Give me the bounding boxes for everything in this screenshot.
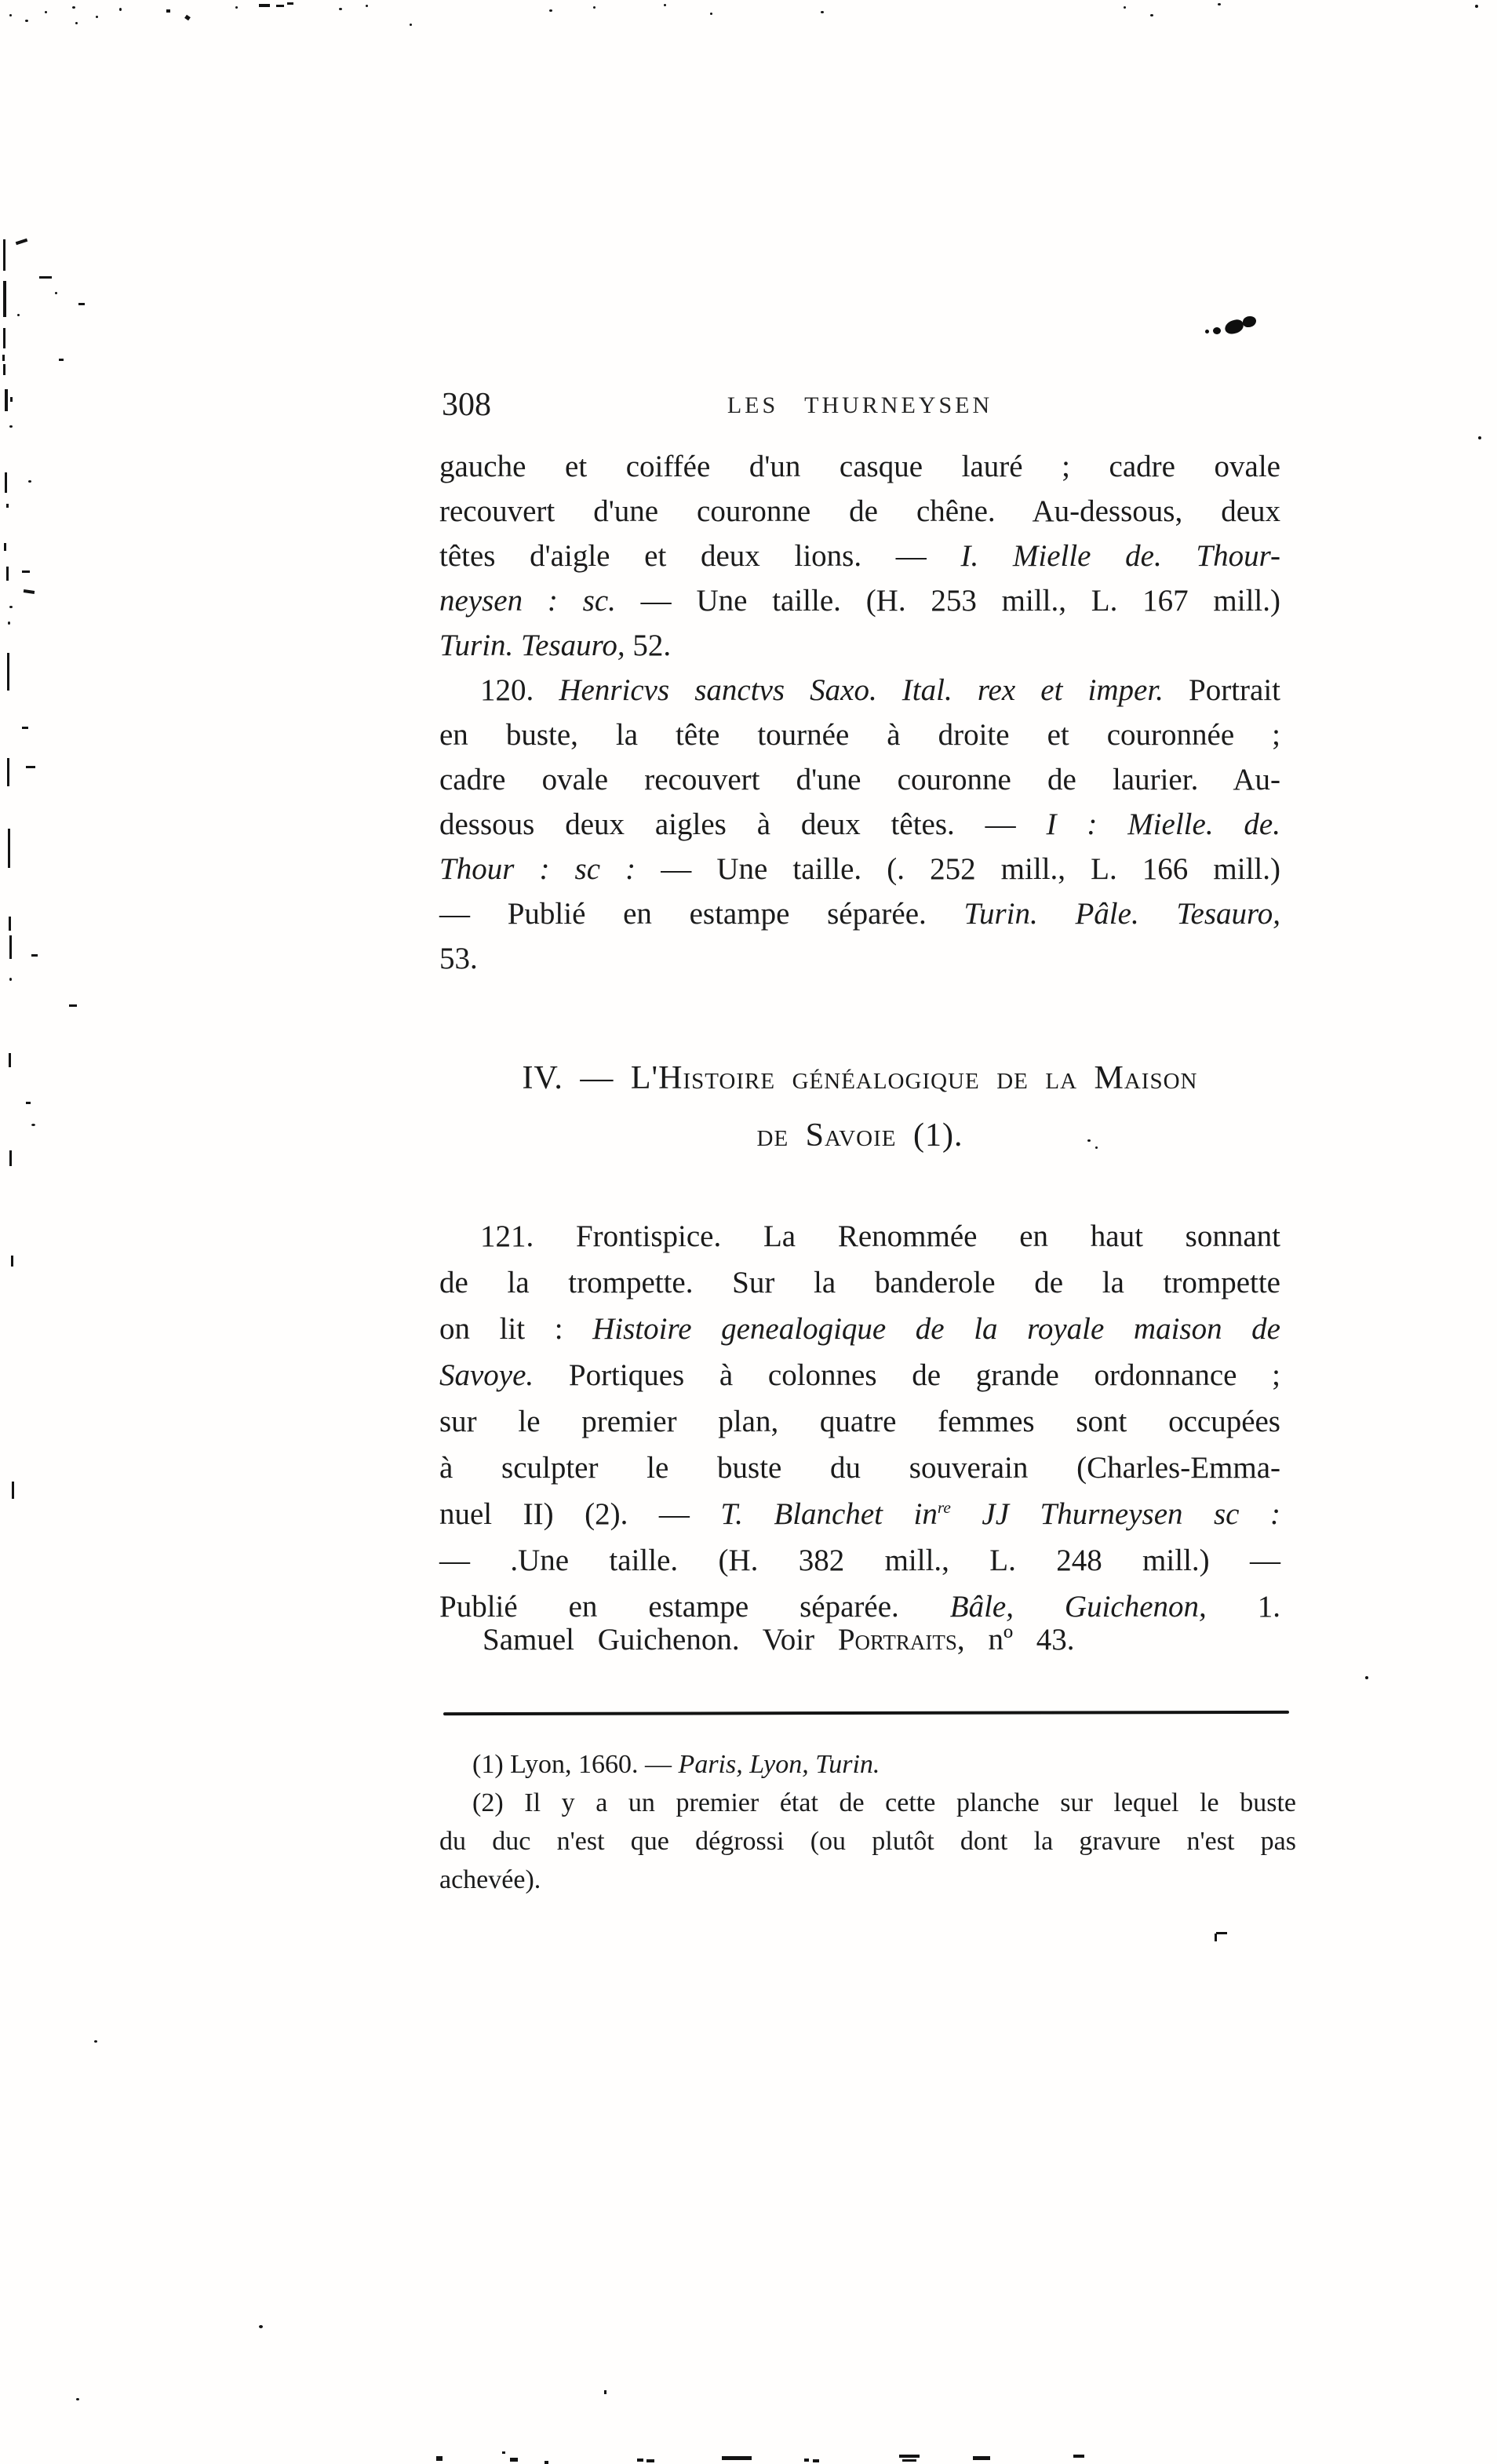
text-line: Turin. Tesauro, 52. [439,623,1280,668]
text-line: cadre ovale recouvert d'une couronne de … [439,757,1280,802]
text-line: de la trompette. Sur la banderole de la … [439,1259,1280,1306]
scan-artifact [235,6,238,9]
page-bottom-text-remnant [1073,2455,1084,2458]
scan-artifact [3,239,5,271]
scan-artifact [166,9,170,13]
page-bottom-text-remnant [502,2451,505,2454]
scan-artifact [259,2325,263,2328]
text-line: neysen : sc. — Une taille. (H. 253 mill.… [439,578,1280,623]
scan-artifact [9,917,11,931]
scan-artifact [12,1482,14,1499]
text-line: Thour : sc : — Une taille. (. 252 mill.,… [439,847,1280,891]
scan-artifact [5,389,8,411]
scan-artifact [7,758,9,786]
footnotes-block: (1) Lyon, 1660. — Paris, Lyon, Turin. (2… [439,1745,1296,1899]
scanned-book-page: 308 LES THURNEYSEN gauche et coiffée d'u… [0,0,1497,2464]
main-text-block-1: gauche et coiffée d'un casque lauré ; ca… [439,444,1280,981]
text-line: en buste, la tête tournée à droite et co… [439,713,1280,757]
section-heading-line-2: de Savoie (1). [439,1107,1280,1165]
scan-artifact [1216,1932,1227,1934]
scan-artifact [9,978,12,981]
scan-artifact [9,1150,12,1166]
footnote-rule [443,1711,1289,1715]
scan-artifact [96,16,98,18]
scan-artifact [4,543,6,551]
page-bottom-text-remnant [973,2456,990,2460]
text-line: — .Une taille. (H. 382 mill., L. 248 mil… [439,1537,1280,1584]
footnote-2-line-3: achevée). [439,1861,1296,1899]
text-line: sur le premier plan, quatre femmes sont … [439,1398,1280,1445]
scan-artifact [8,621,10,625]
text-line-entry-121: 121. Frontispice. La Renommée en haut so… [439,1213,1280,1259]
scan-artifact [821,11,824,13]
scan-artifact [39,276,52,279]
ink-smudge [1205,330,1209,334]
scan-artifact [9,1053,11,1067]
scan-artifact [1150,14,1153,16]
scan-artifact [72,6,75,9]
scan-artifact [1087,1139,1091,1142]
scan-artifact [9,425,13,428]
scan-artifact [119,8,122,11]
text-line: recouvert d'une couronne de chêne. Au-de… [439,489,1280,534]
scan-artifact [593,6,596,9]
page-bottom-text-remnant [899,2455,920,2458]
scan-artifact [184,15,191,21]
scan-artifact [26,1102,31,1104]
text-line: Savoye. Portiques à colonnes de grande o… [439,1352,1280,1398]
footnote-1: (1) Lyon, 1660. — Paris, Lyon, Turin. [439,1745,1296,1784]
text-line: 53. [439,936,1280,981]
text-line: têtes d'aigle et deux lions. — I. Mielle… [439,534,1280,578]
page-bottom-text-remnant [722,2456,752,2460]
scan-artifact [59,359,64,361]
page-bottom-text-remnant [637,2459,643,2462]
scan-artifact [3,328,5,348]
page-bottom-text-remnant [804,2459,809,2462]
scan-artifact [11,1256,13,1267]
cross-reference-line: Samuel Guichenon. Voir Portraits, nº 43. [439,1617,1280,1662]
scan-artifact [16,239,28,245]
scan-artifact [287,2,293,5]
scan-artifact [339,8,342,10]
scan-artifact [24,589,35,594]
superscript-re: re [938,1498,951,1517]
scan-artifact [1365,1676,1368,1679]
scan-artifact [604,2390,606,2394]
scan-artifact [31,1124,35,1126]
text-line: on lit : Histoire genealogique de la roy… [439,1306,1280,1352]
page-bottom-text-remnant [813,2459,819,2462]
scan-artifact [28,480,31,483]
footnote-2-line-1: (2) Il y a un premier état de cette plan… [439,1784,1296,1822]
ink-smudge [1213,327,1221,334]
ink-smudge [1243,316,1256,327]
scan-artifact [5,472,7,493]
text-line: — Publié en estampe séparée. Turin. Pâle… [439,891,1280,936]
scan-artifact [78,303,85,305]
scan-artifact [3,281,6,317]
scan-artifact [710,13,712,15]
section-heading-line-1: IV. — L'Histoire généalogique de la Mais… [439,1050,1280,1107]
scan-artifact [1475,5,1478,8]
text-line: gauche et coiffée d'un casque lauré ; ca… [439,444,1280,489]
scan-artifact [1215,1934,1217,1941]
scan-artifact [366,5,368,7]
scan-artifact [94,2040,97,2043]
scan-artifact [55,292,57,294]
scan-artifact [2,355,5,361]
scan-artifact [1095,1146,1098,1149]
running-title: LES THURNEYSEN [439,392,1280,419]
scan-artifact [6,567,9,581]
text-line-entry-120: 120. Henricvs sanctvs Saxo. Ital. rex et… [439,668,1280,713]
scan-artifact [276,5,284,7]
scan-artifact [22,570,30,573]
scan-artifact [76,2398,79,2400]
scan-artifact [9,606,13,608]
scan-artifact [7,653,9,691]
footnote-2-line-2: du duc n'est que dégrossi (ou plutôt don… [439,1822,1296,1861]
main-text-block-2: 121. Frontispice. La Renommée en haut so… [439,1213,1280,1630]
section-heading: IV. — L'Histoire généalogique de la Mais… [439,1050,1280,1165]
scan-artifact [25,20,28,22]
ink-smudge [1223,319,1244,336]
scan-artifact [8,829,10,868]
page-bottom-text-remnant [902,2459,916,2462]
scan-artifact [22,727,28,729]
text-line: à sculpter le buste du souverain (Charle… [439,1445,1280,1491]
scan-artifact [26,766,35,768]
scan-artifact [75,22,78,24]
page-bottom-text-remnant [436,2456,443,2461]
scan-artifact [9,935,12,959]
page-bottom-text-remnant [647,2459,654,2462]
scan-artifact [9,14,12,16]
text-line: dessous deux aigles à deux têtes. — I : … [439,802,1280,847]
scan-artifact [3,364,5,375]
scan-artifact [549,9,552,12]
scan-artifact [1218,3,1221,5]
scan-artifact [410,24,412,26]
scan-artifact [1478,436,1481,439]
scan-artifact [69,1004,77,1007]
text-line: nuel II) (2). — T. Blanchet inre JJ Thur… [439,1491,1280,1537]
scan-artifact [10,397,13,402]
page-bottom-text-remnant [545,2461,548,2464]
scan-artifact [664,4,666,6]
scan-artifact [259,4,270,7]
scan-artifact [31,954,38,957]
scan-artifact [45,11,47,13]
scan-artifact [6,504,9,508]
scan-artifact [1124,6,1126,9]
scan-artifact [17,314,20,316]
page-bottom-text-remnant [510,2458,518,2462]
